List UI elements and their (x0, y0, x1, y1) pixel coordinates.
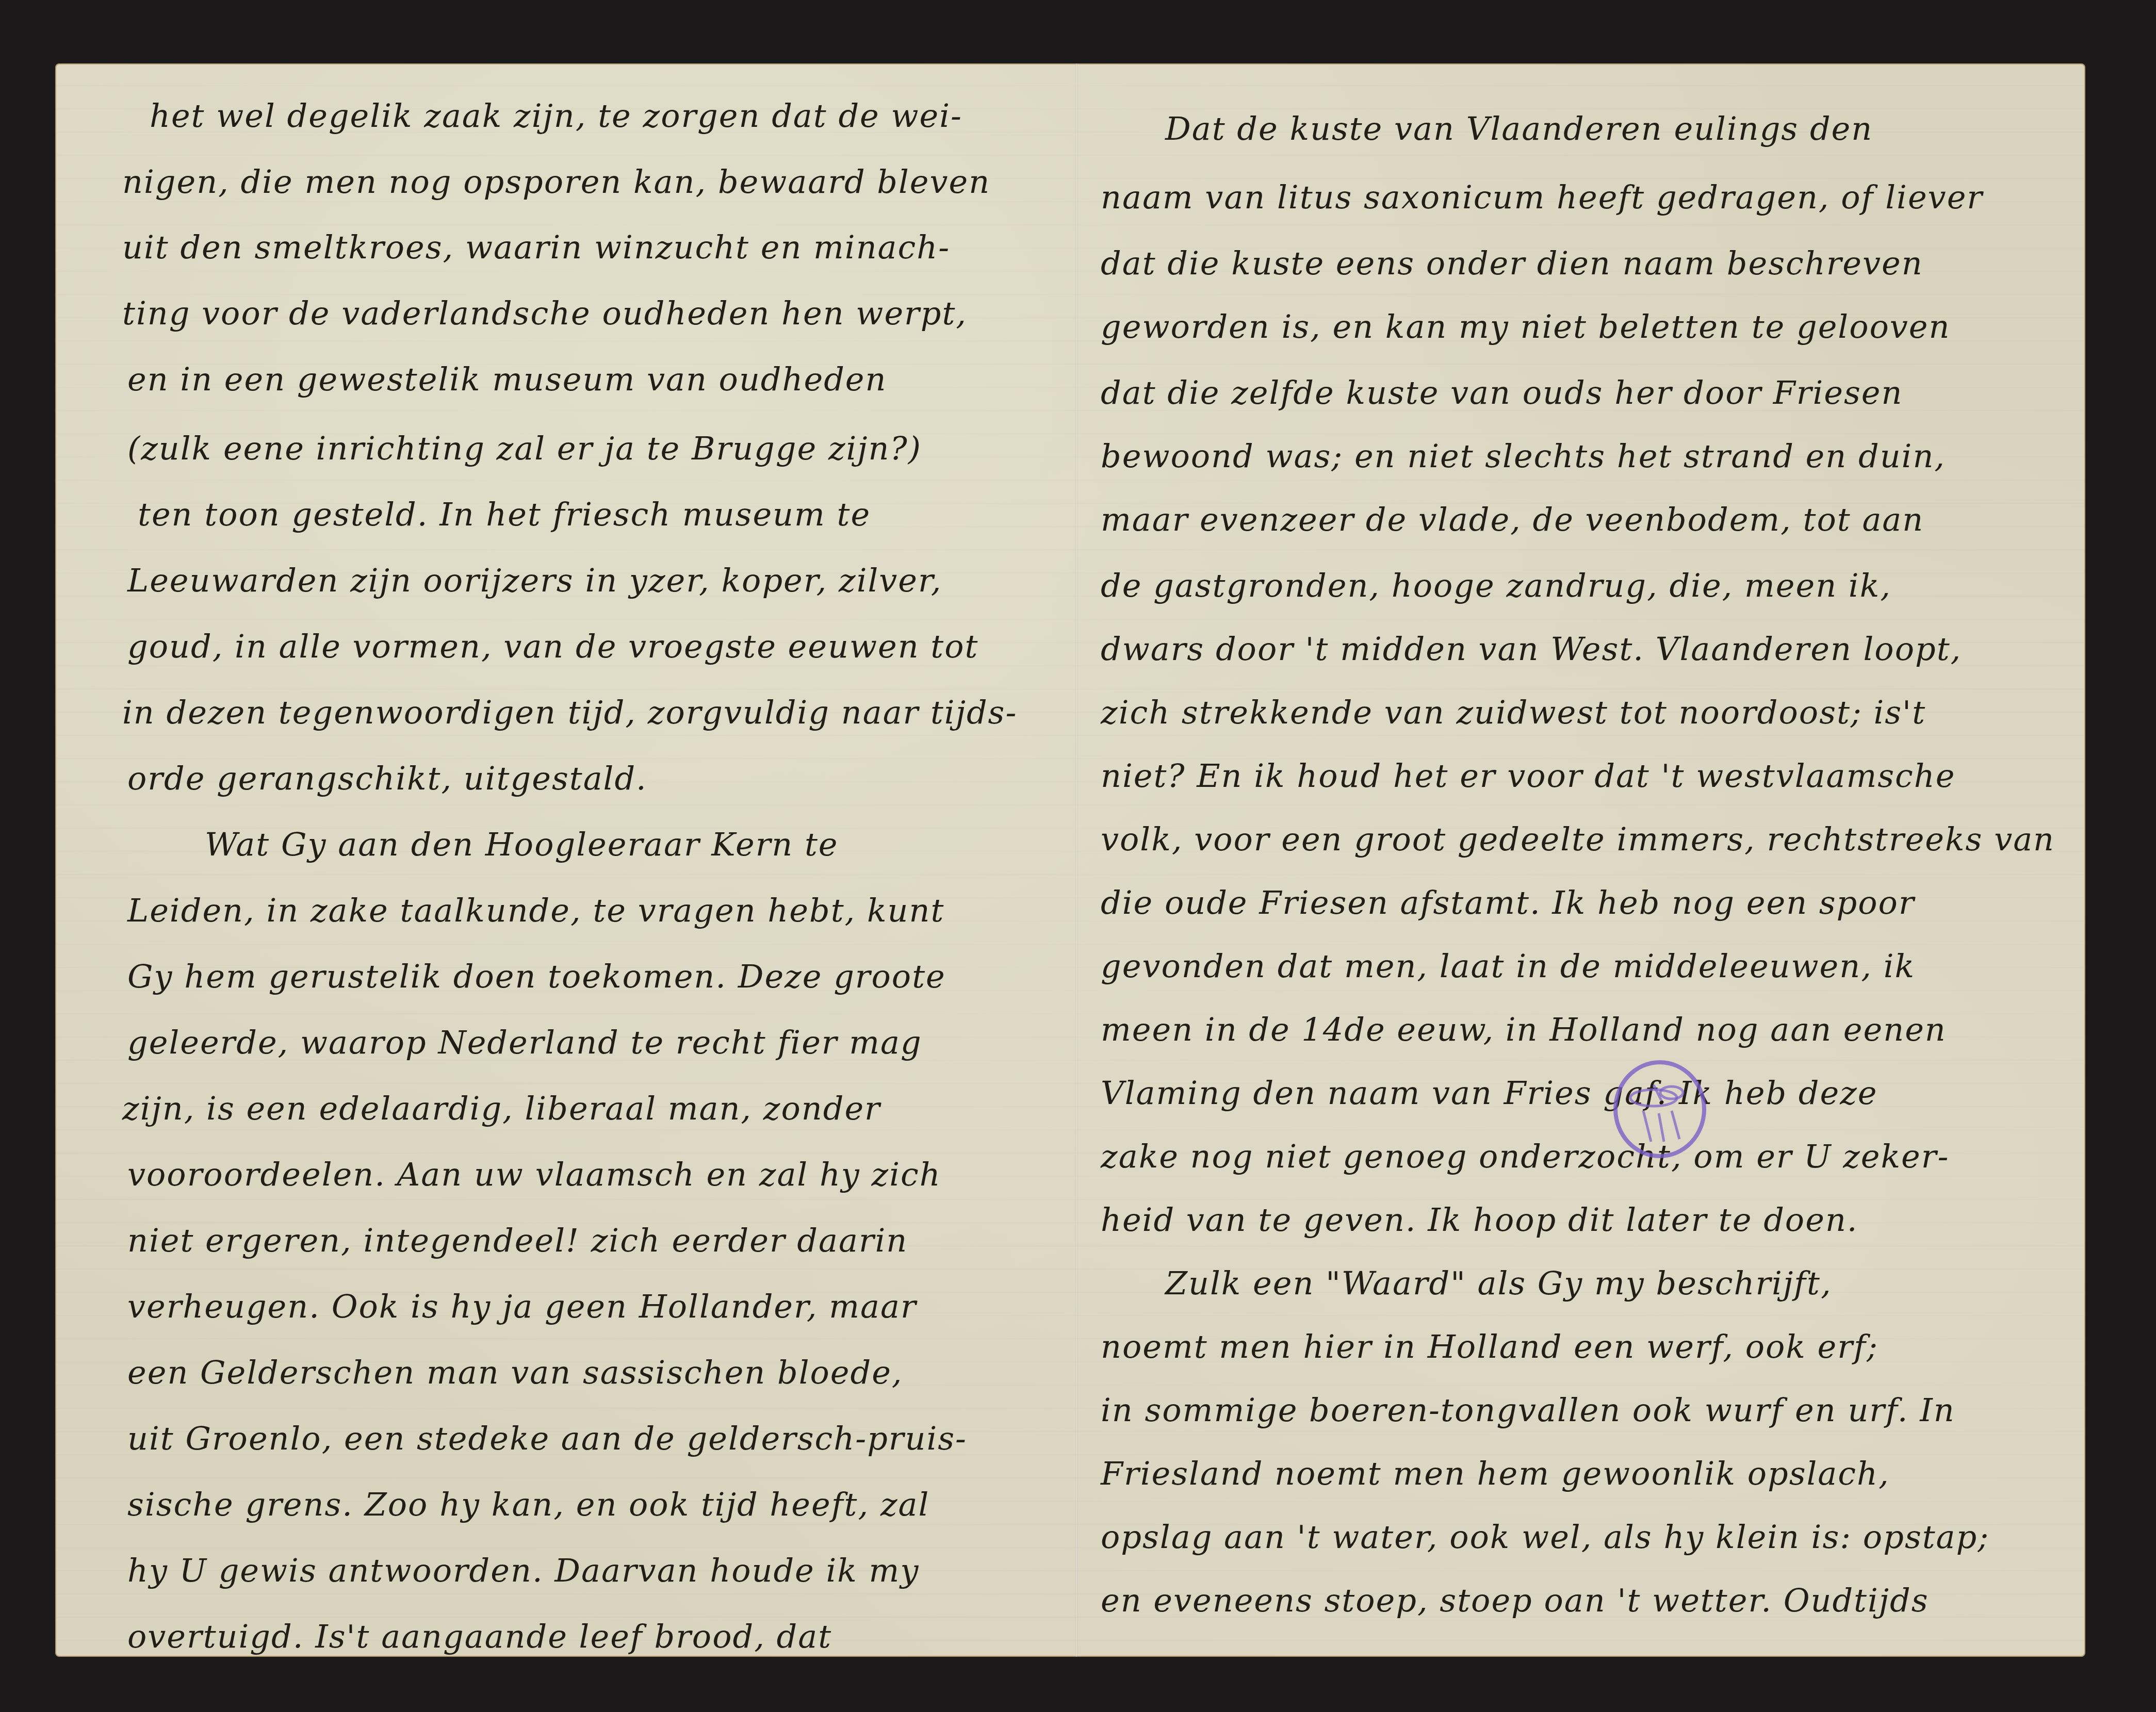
text-line: dwars door 't midden van West. Vlaandere… (1101, 630, 1962, 668)
text-line: sische grens. Zoo hy kan, en ook tijd he… (127, 1486, 929, 1523)
text-line: dat die zelfde kuste van ouds her door F… (1101, 374, 1903, 411)
text-line: noemt men hier in Holland een werf, ook … (1101, 1328, 1879, 1365)
text-line: de gastgronden, hooge zandrug, die, meen… (1101, 567, 1891, 604)
text-line: en eveneens stoep, stoep oan 't wetter. … (1101, 1582, 1929, 1619)
left-page: het wel degelik zaak zijn, te zorgen dat… (55, 63, 1075, 1657)
text-line: Leiden, in zake taalkunde, te vragen heb… (127, 892, 944, 929)
text-line: niet ergeren, integendeel! zich eerder d… (127, 1222, 908, 1259)
text-line: geleerde, waarop Nederland te recht fier… (127, 1024, 922, 1061)
library-stamp-icon (1613, 1060, 1706, 1158)
text-line: die oude Friesen afstamt. Ik heb nog een… (1101, 884, 1915, 921)
right-page: Dat de kuste van Vlaanderen eulings den … (1077, 63, 2085, 1657)
text-line: Dat de kuste van Vlaanderen eulings den (1165, 110, 1873, 147)
text-line: ten toon gesteld. In het friesch museum … (138, 496, 871, 533)
text-line: goud, in alle vormen, van de vroegste ee… (127, 628, 978, 665)
text-line: verheugen. Ook is hy ja geen Hollander, … (127, 1288, 917, 1325)
text-line: in sommige boeren-tongvallen ook wurf en… (1101, 1391, 1955, 1429)
text-line: meen in de 14de eeuw, in Holland nog aan… (1101, 1011, 1947, 1048)
text-line: (zulk eene inrichting zal er ja te Brugg… (127, 430, 922, 467)
text-line: nigen, die men nog opsporen kan, bewaard… (122, 163, 990, 201)
text-line: gevonden dat men, laat in de middeleeuwe… (1101, 947, 1915, 985)
text-line: volk, voor een groot gedeelte immers, re… (1101, 820, 2055, 858)
text-line: geworden is, en kan my niet beletten te … (1101, 308, 1950, 345)
text-line: heid van te geven. Ik hoop dit later te … (1101, 1201, 1858, 1239)
text-line: in dezen tegenwoordigen tijd, zorgvuldig… (122, 694, 1017, 731)
text-line: overtuigd. Is't aangaande leef brood, da… (127, 1618, 832, 1655)
text-line: ting voor de vaderlandsche oudheden hen … (122, 294, 967, 332)
text-line: een Gelderschen man van sassischen bloed… (127, 1354, 903, 1391)
text-line: bewoond was; en niet slechts het strand … (1101, 437, 1946, 475)
text-line: uit den smeltkroes, waarin winzucht en m… (122, 228, 950, 266)
text-line: niet? En ik houd het er voor dat 't west… (1101, 757, 1955, 795)
text-line: vooroordeelen. Aan uw vlaamsch en zal hy… (127, 1156, 941, 1193)
text-line: maar evenzeer de vlade, de veenbodem, to… (1101, 501, 1924, 538)
text-line: zich strekkende van zuidwest tot noordoo… (1101, 694, 1926, 731)
text-line: Leeuwarden zijn oorijzers in yzer, koper… (127, 562, 942, 599)
text-line: hy U gewis antwoorden. Daarvan houde ik … (127, 1552, 919, 1589)
text-line: zake nog niet genoeg onderzocht, om er U… (1101, 1138, 1949, 1175)
text-line: dat die kuste eens onder dien naam besch… (1101, 244, 1923, 282)
text-line: en in een gewestelik museum van oudheden (127, 360, 887, 398)
text-line: Zulk een "Waard" als Gy my beschrijft, (1165, 1264, 1832, 1302)
text-line: uit Groenlo, een stedeke aan de geldersc… (127, 1420, 967, 1457)
text-line: orde gerangschikt, uitgestald. (127, 760, 647, 797)
letter-paper: het wel degelik zaak zijn, te zorgen dat… (55, 63, 2085, 1657)
text-line: zijn, is een edelaardig, liberaal man, z… (122, 1090, 881, 1127)
text-line: het wel degelik zaak zijn, te zorgen dat… (150, 97, 962, 135)
text-line: Wat Gy aan den Hoogleeraar Kern te (205, 826, 839, 863)
text-line: opslag aan 't water, ook wel, als hy kle… (1101, 1518, 1989, 1556)
text-line: Vlaming den naam van Fries gaf. Ik heb d… (1101, 1074, 1878, 1112)
text-line: Gy hem gerustelik doen toekomen. Deze gr… (127, 958, 946, 995)
text-line: naam van litus saxonicum heeft gedragen,… (1101, 178, 1983, 216)
text-line: Friesland noemt men hem gewoonlik opslac… (1101, 1455, 1890, 1492)
